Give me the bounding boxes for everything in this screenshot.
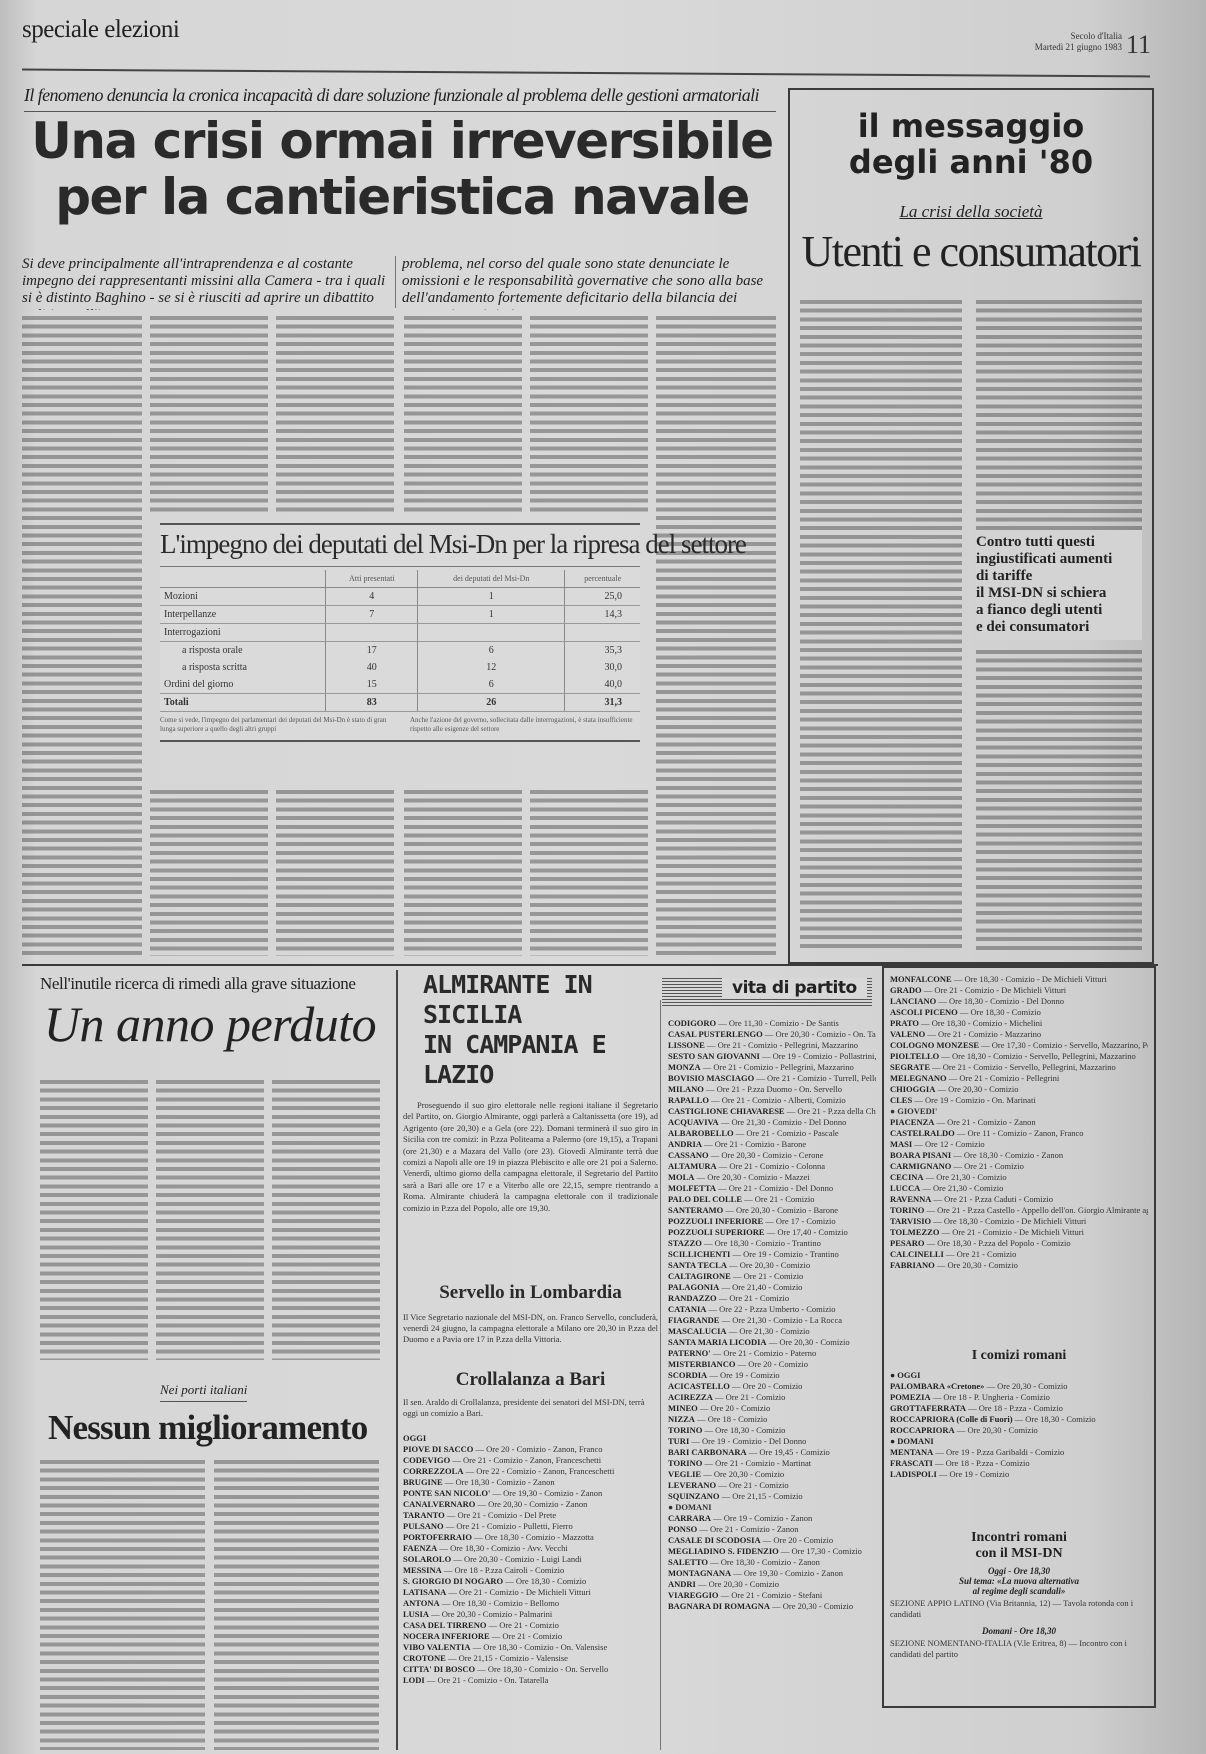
event-item: ANDRI — Ore 20,30 - Comizio (668, 1579, 876, 1590)
event-item: ALTAMURA — Ore 21 - Comizio - Colonna (668, 1161, 876, 1172)
crollalanza-body: Il sen. Araldo di Crollalanza, president… (403, 1397, 658, 1431)
masthead: Secolo d'Italia Martedì 21 giugno 1983 (1035, 31, 1122, 53)
article-column-2b (150, 790, 268, 956)
percentuale: 35,3 (565, 642, 640, 660)
table-row: a risposta orale17635,3 (160, 642, 640, 660)
event-item: MESSINA — Ore 18 - P.zza Cairoli - Comiz… (403, 1565, 658, 1576)
headline-line-2: per la cantieristica navale (22, 169, 782, 225)
event-item: MELEGNANO — Ore 21 - Comizio - Pellegrin… (890, 1073, 1148, 1084)
almirante-title-line-2: IN CAMPANIA E LAZIO (423, 1030, 658, 1090)
event-item: PORTOFERRAIO — Ore 18,30 - Comizio - Maz… (403, 1532, 658, 1543)
event-item: CODIGORO — Ore 11,30 - Comizio - De Sant… (668, 1018, 876, 1029)
event-item: LADISPOLI — Ore 19 - Comizio (890, 1469, 1148, 1480)
almirante-list-heading: OGGI (403, 1433, 658, 1444)
table-row: Interrogazioni (160, 624, 640, 642)
standfirst-right: problema, nel corso del quale sono state… (402, 256, 774, 310)
event-item: CORREZZOLA — Ore 22 - Comizio - Zanon, F… (403, 1466, 658, 1477)
event-item: FABRIANO — Ore 20,30 - Comizio (890, 1260, 1148, 1271)
event-item: CARRARA — Ore 19 - Comizio - Zanon (668, 1513, 876, 1524)
event-item: PIOLTELLO — Ore 18,30 - Comizio - Servel… (890, 1051, 1148, 1062)
row-label: Mozioni (160, 588, 326, 606)
event-item: ALBAROBELLO — Ore 21 - Comizio - Pascale (668, 1128, 876, 1139)
event-item: LISSONE — Ore 21 - Comizio - Pellegrini,… (668, 1040, 876, 1051)
messaggio-kicker: La crisi della società (790, 202, 1152, 222)
callout-line: e dei consumatori (976, 619, 1142, 636)
event-item: VIAREGGIO — Ore 21 - Comizio - Stefani (668, 1590, 876, 1601)
event-item: LUCCA — Ore 21,30 - Comizio (890, 1183, 1148, 1194)
event-item: STAZZO — Ore 18,30 - Comizio - Trantino (668, 1238, 876, 1249)
atti-presentati: 40 (326, 659, 418, 676)
masthead-date: Martedì 21 giugno 1983 (1035, 42, 1122, 53)
row-label: a risposta orale (160, 642, 326, 660)
event-item: FAENZA — Ore 18,30 - Comizio - Avv. Vecc… (403, 1543, 658, 1554)
table-note-left: Come si vede, l'impegno dei parlamentari… (160, 716, 390, 734)
incontri-title-line-1: Incontri romani (884, 1530, 1154, 1546)
headline-line-1: Una crisi ormai irreversibile (22, 113, 782, 169)
event-item: BOVISIO MASCIAGO — Ore 21 - Comizio - Tu… (668, 1073, 876, 1084)
lead-kicker: Il fenomeno denuncia la cronica incapaci… (24, 85, 774, 106)
porti-headline: Nessun miglioramento (48, 1408, 367, 1448)
event-item: MILANO — Ore 21 - P.zza Duomo - On. Serv… (668, 1084, 876, 1095)
event-item: PALOMBARA «Cretone» — Ore 20,30 - Comizi… (890, 1381, 1148, 1392)
event-item: CASSANO — Ore 20,30 - Comizio - Cerone (668, 1150, 876, 1161)
comizi-romani-title: I comizi romani (884, 1348, 1154, 1364)
anno-column-1 (40, 1080, 148, 1360)
event-item: CITTA' DI BOSCO — Ore 18,30 - Comizio - … (403, 1664, 658, 1675)
vita-di-partito-list: CODIGORO — Ore 11,30 - Comizio - De Sant… (668, 1018, 876, 1750)
anno-column-3 (272, 1080, 380, 1360)
event-item: ROCCAPRIORA (Colle di Fuori) — Ore 18,30… (890, 1414, 1148, 1425)
event-item: PULSANO — Ore 21 - Comizio - Pulletti, F… (403, 1521, 658, 1532)
event-item: MONTAGNANA — Ore 19,30 - Comizio - Zanon (668, 1568, 876, 1579)
list-heading: OGGI (403, 1433, 426, 1443)
atti-presentati: 83 (326, 694, 418, 712)
atti-presentati (326, 624, 418, 642)
messaggio-column-1 (800, 300, 962, 950)
event-item: CECINA — Ore 21,30 - Comizio (890, 1172, 1148, 1183)
percentuale: 40,0 (565, 676, 640, 694)
events-list: MONFALCONE — Ore 18,30 - Comizio - De Mi… (890, 974, 1148, 1344)
atti-msi (418, 624, 565, 642)
callout-line: il MSI-DN si schiera (976, 585, 1142, 602)
event-item: CANALVERNARO — Ore 20,30 - Comizio - Zan… (403, 1499, 658, 1510)
event-item: PRATO — Ore 18,30 - Comizio - Michelini (890, 1018, 1148, 1029)
event-item: BAGNARA DI ROMAGNA — Ore 20,30 - Comizio (668, 1601, 876, 1612)
porti-kicker: Nei porti italiani (160, 1382, 247, 1402)
event-item: SANTERAMO — Ore 20,30 - Comizio - Barone (668, 1205, 876, 1216)
event-item: POZZUOLI SUPERIORE — Ore 17,40 - Comizio (668, 1227, 876, 1238)
event-item: RAPALLO — Ore 21 - Comizio - Alberti, Co… (668, 1095, 876, 1106)
event-item: CASAL PUSTERLENGO — Ore 20,30 - Comizio … (668, 1029, 876, 1040)
almirante-list: PIOVE DI SACCO — Ore 20 - Comizio - Zano… (403, 1444, 658, 1704)
event-item: PESARO — Ore 18,30 - P.zza del Popolo - … (890, 1238, 1148, 1249)
percentuale: 14,3 (565, 606, 640, 624)
percentuale: 30,0 (565, 659, 640, 676)
anno-perduto-kicker: Nell'inutile ricerca di rimedi alla grav… (40, 974, 356, 994)
vita-di-partito-header: vita di partito (662, 978, 872, 1006)
article-column-6 (656, 316, 776, 956)
event-item: S. GIORGIO DI NOGARO — Ore 18,30 - Comiz… (403, 1576, 658, 1587)
event-item: MISTERBIANCO — Ore 20 - Comizio (668, 1359, 876, 1370)
event-item: TORINO — Ore 18,30 - Comizio (668, 1425, 876, 1436)
event-item: POZZUOLI INFERIORE — Ore 17 - Comizio (668, 1216, 876, 1227)
servello-title: Servello in Lombardia (403, 1282, 658, 1304)
event-item: MOLFETTA — Ore 21 - Comizio - Del Donno (668, 1183, 876, 1194)
almirante-title-line-1: ALMIRANTE IN SICILIA (423, 970, 658, 1030)
event-item: ACICASTELLO — Ore 20 - Comizio (668, 1381, 876, 1392)
article-column-3 (276, 316, 394, 516)
atti-msi: 26 (418, 694, 565, 712)
column-rule (396, 970, 398, 1750)
event-item: PIOVE DI SACCO — Ore 20 - Comizio - Zano… (403, 1444, 658, 1455)
events-box: MONFALCONE — Ore 18,30 - Comizio - De Mi… (882, 966, 1156, 1708)
event-item: COLOGNO MONZESE — Ore 17,30 - Comizio - … (890, 1040, 1148, 1051)
table-row: Totali832631,3 (160, 694, 640, 712)
event-item: LANCIANO — Ore 18,30 - Comizio - Del Don… (890, 996, 1148, 1007)
event-item: TORINO — Ore 21 - Comizio - Martinat (668, 1458, 876, 1469)
event-item: BARI CARBONARA — Ore 19,45 - Comizio (668, 1447, 876, 1458)
event-item: VEGLIE — Ore 20,30 - Comizio (668, 1469, 876, 1480)
messaggio-box: il messaggio degli anni '80 La crisi del… (788, 88, 1154, 964)
event-item: CALTAGIRONE — Ore 21 - Comizio (668, 1271, 876, 1282)
article-column-5b (530, 790, 648, 956)
atti-presentati: 4 (326, 588, 418, 606)
event-item: GRADO — Ore 21 - Comizio - De Michieli V… (890, 985, 1148, 996)
incontri-theme-1: Sul tema: «La nuova alternativa (884, 1576, 1154, 1586)
almirante-title: ALMIRANTE IN SICILIA IN CAMPANIA E LAZIO (403, 970, 658, 1090)
event-item: PALAGONIA — Ore 21,40 - Comizio (668, 1282, 876, 1293)
event-item: PIACENZA — Ore 21 - Comizio - Zanon (890, 1117, 1148, 1128)
stats-table-box: L'impegno dei deputati del Msi-Dn per la… (160, 523, 640, 742)
atti-msi: 1 (418, 588, 565, 606)
stats-table: Atti presentati dei deputati del Msi-Dn … (160, 570, 640, 712)
article-column-1 (22, 316, 142, 956)
messaggio-title-line-2: degli anni '80 (790, 144, 1152, 180)
event-item: BOARA PISANI — Ore 18,30 - Comizio - Zan… (890, 1150, 1148, 1161)
event-item: TORINO — Ore 21 - P.zza Castello - Appel… (890, 1205, 1148, 1216)
row-label: Ordini del giorno (160, 676, 326, 694)
callout-line: ingiustificati aumenti (976, 551, 1142, 568)
event-item: ● GIOVEDI' (890, 1106, 1148, 1117)
atti-msi: 12 (418, 659, 565, 676)
article-column-2 (150, 316, 268, 516)
percentuale: 31,3 (565, 694, 640, 712)
porti-column-2 (214, 1460, 379, 1750)
incontri-sezione-2: SEZIONE NOMENTANO-ITALIA (V.le Eritrea, … (884, 1636, 1154, 1662)
event-item: BRUGINE — Ore 18,30 - Comizio - Zanon (403, 1477, 658, 1488)
event-item: TARVISIO — Ore 18,30 - Comizio - De Mich… (890, 1216, 1148, 1227)
event-item: PONSO — Ore 21 - Comizio - Zanon (668, 1524, 876, 1535)
table-row: Mozioni4125,0 (160, 588, 640, 606)
crollalanza-title: Crollalanza a Bari (403, 1369, 658, 1391)
event-item: ASCOLI PICENO — Ore 18,30 - Comizio (890, 1007, 1148, 1018)
event-item: POMEZIA — Ore 18 - P. Ungheria - Comizio (890, 1392, 1148, 1403)
article-column-4b (404, 790, 522, 956)
comizi-domani-label: DOMANI (897, 1436, 933, 1446)
event-item: CODEVIGO — Ore 21 - Comizio - Zanon, Fra… (403, 1455, 658, 1466)
column-rule (395, 256, 396, 308)
row-label: Interrogazioni (160, 624, 326, 642)
event-item: SCORDIA — Ore 19 - Comizio (668, 1370, 876, 1381)
col-header: dei deputati del Msi-Dn (418, 570, 565, 588)
page-number: 11 (1126, 30, 1151, 60)
col-header: percentuale (565, 570, 640, 588)
row-label: Interpellanze (160, 606, 326, 624)
event-item: LODI — Ore 21 - Comizio - On. Tatarella (403, 1675, 658, 1686)
event-item: CARMIGNANO — Ore 21 - Comizio (890, 1161, 1148, 1172)
event-item: ● DOMANI (668, 1502, 876, 1513)
event-item: CASALE DI SCODOSIA — Ore 20 - Comizio (668, 1535, 876, 1546)
vita-di-partito-title: vita di partito (722, 978, 867, 998)
atti-presentati: 17 (326, 642, 418, 660)
event-item: CASA DEL TIRRENO — Ore 21 - Comizio (403, 1620, 658, 1631)
row-label: Totali (160, 694, 326, 712)
event-item: MINEO — Ore 20 - Comizio (668, 1403, 876, 1414)
event-item: MASCALUCIA — Ore 21,30 - Comizio (668, 1326, 876, 1337)
event-item: NOCERA INFERIORE — Ore 21 - Comizio (403, 1631, 658, 1642)
callout-line: a fianco degli utenti (976, 602, 1142, 619)
event-item: SANTA TECLA — Ore 20,30 - Comizio (668, 1260, 876, 1271)
masthead-title: Secolo d'Italia (1035, 31, 1122, 42)
event-item: FIAGRANDE — Ore 21,30 - Comizio - La Roc… (668, 1315, 876, 1326)
servello-body: Il Vice Segretario nazionale del MSI-DN,… (403, 1312, 658, 1357)
almirante-body: Proseguendo il suo giro elettorale nelle… (403, 1100, 658, 1268)
event-item: MONZA — Ore 21 - Comizio - Pellegrini, M… (668, 1062, 876, 1073)
event-item: GROTTAFERRATA — Ore 18 - P.zza - Comizio (890, 1403, 1148, 1414)
event-item: TOLMEZZO — Ore 21 - Comizio - De Michiel… (890, 1227, 1148, 1238)
atti-presentati: 15 (326, 676, 418, 694)
column-rule (660, 1000, 661, 1750)
event-item: TURI — Ore 19 - Comizio - Del Donno (668, 1436, 876, 1447)
article-column-4 (404, 316, 522, 516)
atti-msi: 6 (418, 642, 565, 660)
comizi-oggi-label: OGGI (897, 1370, 920, 1380)
messaggio-column-2 (976, 300, 1142, 530)
event-item: SALETTO — Ore 18,30 - Comizio - Zanon (668, 1557, 876, 1568)
row-label: a risposta scritta (160, 659, 326, 676)
table-note: Come si vede, l'impegno dei parlamentari… (160, 716, 640, 742)
col-header (160, 570, 326, 588)
event-item: CLES — Ore 19 - Comizio - On. Marinati (890, 1095, 1148, 1106)
article-column-3b (276, 790, 394, 956)
event-item: CROTONE — Ore 21,15 - Comizio - Valensis… (403, 1653, 658, 1664)
event-item: CALCINELLI — Ore 21 - Comizio (890, 1249, 1148, 1260)
event-item: SCILLICHENTI — Ore 19 - Comizio - Tranti… (668, 1249, 876, 1260)
event-item: RANDAZZO — Ore 21 - Comizio (668, 1293, 876, 1304)
event-item: CATANIA — Ore 22 - P.zza Umberto - Comiz… (668, 1304, 876, 1315)
event-item: LEVERANO — Ore 21 - Comizio (668, 1480, 876, 1491)
anno-perduto-headline: Un anno perduto (40, 995, 380, 1053)
event-item: PATERNO' — Ore 21 - Comizio - Paterno (668, 1348, 876, 1359)
event-item: CASTIGLIONE CHIAVARESE — Ore 21 - P.zza … (668, 1106, 876, 1117)
top-rule (22, 69, 1150, 78)
event-item: ROCCAPRIORA — Ore 20,30 - Comizio (890, 1425, 1148, 1436)
event-item: SEGRATE — Ore 21 - Comizio - Servello, P… (890, 1062, 1148, 1073)
event-item: TARANTO — Ore 21 - Comizio - Del Prete (403, 1510, 658, 1521)
messaggio-column-2b (976, 650, 1142, 950)
percentuale: 25,0 (565, 588, 640, 606)
event-item: MASI — Ore 12 - Comizio (890, 1139, 1148, 1150)
table-row: Ordini del giorno15640,0 (160, 676, 640, 694)
incontri-theme-2: al regime degli scandali» (884, 1586, 1154, 1596)
event-item: ANTONA — Ore 18,30 - Comizio - Bellomo (403, 1598, 658, 1609)
event-item: SQUINZANO — Ore 21,15 - Comizio (668, 1491, 876, 1502)
event-item: MOLA — Ore 20,30 - Comizio - Mazzei (668, 1172, 876, 1183)
section-label: speciale elezioni (22, 16, 179, 44)
messaggio-title-line-1: il messaggio (790, 108, 1152, 144)
callout-line: Contro tutti questi (976, 534, 1142, 551)
article-column-5 (530, 316, 648, 516)
incontri-domani: Domani - Ore 18,30 (884, 1626, 1154, 1636)
event-item: CASTELRALDO — Ore 11 - Comizio - Zanon, … (890, 1128, 1148, 1139)
col-header: Atti presentati (326, 570, 418, 588)
lead-headline: Una crisi ormai irreversibile per la can… (22, 113, 782, 225)
comizi-oggi-heading: ● OGGI (890, 1370, 1148, 1381)
comizi-romani-list: ● OGGI PALOMBARA «Cretone» — Ore 20,30 -… (890, 1370, 1148, 1480)
event-item: SANTA MARIA LICODIA — Ore 20,30 - Comizi… (668, 1337, 876, 1348)
incontri-title-line-2: con il MSI-DN (884, 1546, 1154, 1562)
event-item: ACQUAVIVA — Ore 21,30 - Comizio - Del Do… (668, 1117, 876, 1128)
atti-msi: 6 (418, 676, 565, 694)
event-item: VIBO VALENTIA — Ore 18,30 - Comizio - On… (403, 1642, 658, 1653)
comizi-domani-heading: ● DOMANI (890, 1436, 1148, 1447)
event-item: PONTE SAN NICOLO' — Ore 19,30 - Comizio … (403, 1488, 658, 1499)
event-item: SESTO SAN GIOVANNI — Ore 19 - Comizio - … (668, 1051, 876, 1062)
event-item: MONFALCONE — Ore 18,30 - Comizio - De Mi… (890, 974, 1148, 985)
messaggio-title: il messaggio degli anni '80 (790, 108, 1152, 180)
event-item: PALO DEL COLLE — Ore 21 - Comizio (668, 1194, 876, 1205)
event-item: LUSIA — Ore 20,30 - Comizio - Palmarini (403, 1609, 658, 1620)
table-row: Interpellanze7114,3 (160, 606, 640, 624)
event-item: SOLAROLO — Ore 20,30 - Comizio - Luigi L… (403, 1554, 658, 1565)
table-row: a risposta scritta401230,0 (160, 659, 640, 676)
event-item: ANDRIA — Ore 21 - Comizio - Barone (668, 1139, 876, 1150)
event-item: NIZZA — Ore 18 - Comizio (668, 1414, 876, 1425)
anno-column-2 (156, 1080, 264, 1360)
event-item: FRASCATI — Ore 18 - P.zza - Comizio (890, 1458, 1148, 1469)
event-item: MENTANA — Ore 19 - P.zza Garibaldi - Com… (890, 1447, 1148, 1458)
event-item: RAVENNA — Ore 21 - P.zza Caduti - Comizi… (890, 1194, 1148, 1205)
porti-column-1 (40, 1460, 205, 1750)
event-item: LATISANA — Ore 21 - Comizio - De Michiel… (403, 1587, 658, 1598)
event-item: ACIREZZA — Ore 21 - Comizio (668, 1392, 876, 1403)
standfirst-left: Si deve principalmente all'intraprendenz… (22, 256, 392, 310)
atti-presentati: 7 (326, 606, 418, 624)
incontri-romani: Incontri romani con il MSI-DN Oggi - Ore… (884, 1530, 1154, 1662)
atti-msi: 1 (418, 606, 565, 624)
percentuale (565, 624, 640, 642)
table-note-right: Anche l'azione del governo, sollecitata … (410, 716, 640, 734)
incontri-oggi: Oggi - Ore 18,30 (884, 1566, 1154, 1576)
almirante-article: ALMIRANTE IN SICILIA IN CAMPANIA E LAZIO… (403, 970, 658, 1704)
event-item: CHIOGGIA — Ore 20,30 - Comizio (890, 1084, 1148, 1095)
messaggio-headline: Utenti e consumatori (790, 226, 1152, 277)
callout-line: di tariffe (976, 568, 1142, 585)
event-item: VALENO — Ore 21 - Comizio - Mazzarino (890, 1029, 1148, 1040)
callout: Contro tutti questi ingiustificati aumen… (976, 530, 1142, 640)
incontri-sezione-1: SEZIONE APPIO LATINO (Via Britannia, 12)… (884, 1596, 1154, 1622)
table-title: L'impegno dei deputati del Msi-Dn per la… (160, 523, 640, 567)
event-item: MEGLIADINO S. FIDENZIO — Ore 17,30 - Com… (668, 1546, 876, 1557)
